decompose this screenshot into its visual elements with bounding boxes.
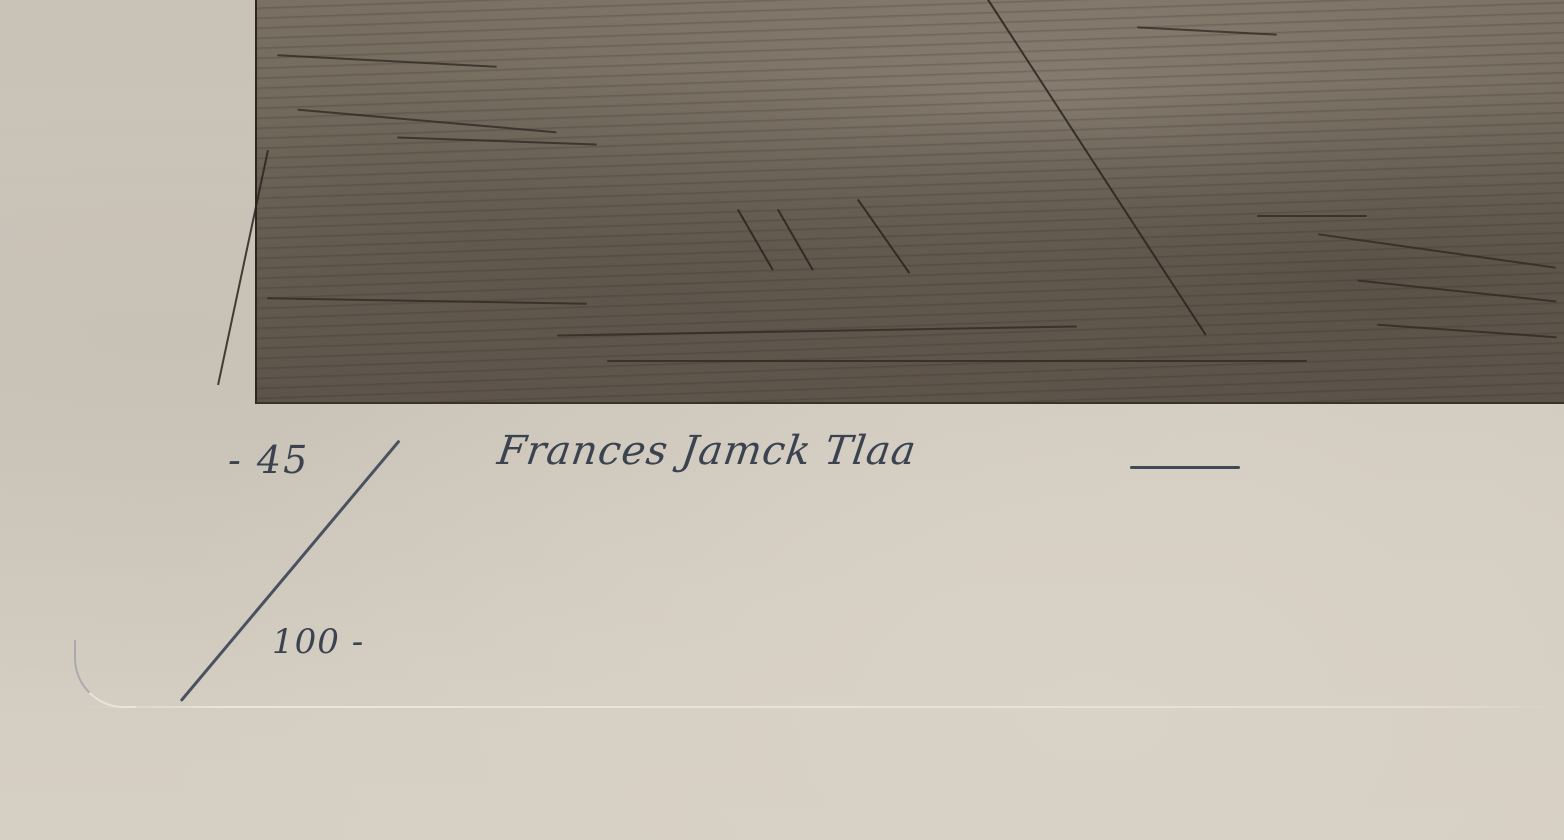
edition-number: - 45 (228, 438, 309, 482)
hatch-line (1318, 233, 1556, 268)
etched-plate-image (255, 0, 1564, 404)
diagonal-stroke (987, 0, 1207, 335)
hatch-line (267, 297, 587, 305)
diagonal-stroke (857, 199, 910, 274)
hatch-line (557, 325, 1077, 336)
diagonal-stroke (777, 209, 814, 271)
signature-flourish (1130, 466, 1240, 469)
edition-total: 100 - (272, 622, 364, 662)
diagonal-stroke (737, 209, 774, 271)
hatch-line (397, 137, 597, 146)
hatch-line (1357, 280, 1556, 303)
hatch-line (607, 360, 1307, 362)
hatch-line (1257, 215, 1367, 217)
hatch-line (1137, 26, 1277, 35)
artist-signature: Frances Jamck Tlaa (495, 428, 920, 474)
hatch-line (1377, 324, 1557, 339)
hatch-line (277, 54, 497, 68)
plate-mark-embossing (80, 706, 1564, 708)
hatch-line (297, 109, 556, 134)
